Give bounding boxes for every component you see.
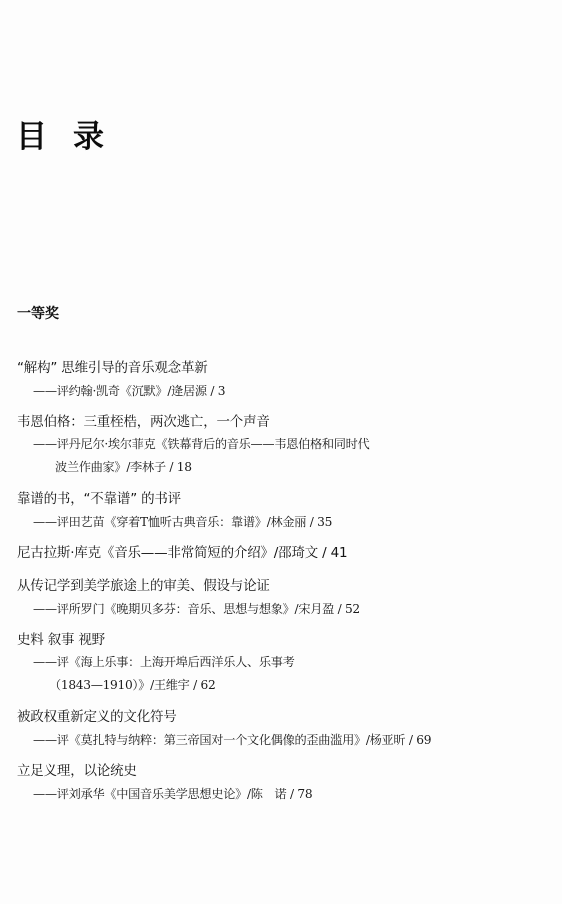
entry-title[interactable]: 从传记学到美学旅途上的审美、假设与论证	[17, 577, 557, 595]
toc-entry[interactable]: 立足义理，以论统史 ——评刘承华《中国音乐美学思想史论》/陈 诺 / 78	[17, 762, 557, 803]
entry-subtitle: ——评丹尼尔·埃尔菲克《铁幕背后的音乐——韦恩伯格和同时代	[17, 435, 557, 453]
toc-entry[interactable]: 尼古拉斯·库克《音乐——非常简短的介绍》/邵琦文 / 41	[17, 544, 557, 562]
entry-title[interactable]: 韦恩伯格：三重桎梏，两次逃亡，一个声音	[17, 413, 557, 431]
entry-title[interactable]: 尼古拉斯·库克《音乐——非常简短的介绍》/邵琦文 / 41	[17, 544, 557, 562]
entry-title[interactable]: 立足义理，以论统史	[17, 762, 557, 780]
entry-subtitle: ——评所罗门《晚期贝多芬：音乐、思想与想象》/宋月盈 / 52	[17, 600, 557, 618]
toc-entry[interactable]: 韦恩伯格：三重桎梏，两次逃亡，一个声音 ——评丹尼尔·埃尔菲克《铁幕背后的音乐—…	[17, 413, 557, 476]
entry-title[interactable]: “解构” 思维引导的音乐观念革新	[17, 359, 557, 377]
section-heading-first-prize: 一等奖	[17, 305, 59, 323]
entry-title[interactable]: 被政权重新定义的文化符号	[17, 708, 557, 726]
title-char-1: 目	[16, 117, 47, 157]
title-char-2: 录	[73, 117, 104, 157]
entry-subtitle: ——评田艺苗《穿着T恤听古典音乐：靠谱》/林金丽 / 35	[17, 513, 557, 531]
toc-entry[interactable]: 靠谱的书，“不靠谱” 的书评 ——评田艺苗《穿着T恤听古典音乐：靠谱》/林金丽 …	[17, 490, 557, 531]
entry-subtitle-continued: 波兰作曲家》/李林子 / 18	[17, 458, 557, 476]
entry-title[interactable]: 靠谱的书，“不靠谱” 的书评	[17, 490, 557, 508]
toc-entry[interactable]: “解构” 思维引导的音乐观念革新 ——评约翰·凯奇《沉默》/逄居源 / 3	[17, 359, 557, 400]
entry-subtitle: ——评刘承华《中国音乐美学思想史论》/陈 诺 / 78	[17, 785, 557, 803]
entry-subtitle: ——评《莫扎特与纳粹：第三帝国对一个文化偶像的歪曲滥用》/杨亚昕 / 69	[17, 731, 557, 749]
toc-entry[interactable]: 史料 叙事 视野 ——评《海上乐事：上海开埠后西洋乐人、乐事考 （1843—19…	[17, 631, 557, 694]
entry-subtitle: ——评《海上乐事：上海开埠后西洋乐人、乐事考	[17, 653, 557, 671]
entry-title[interactable]: 史料 叙事 视野	[17, 631, 557, 649]
toc-entry[interactable]: 从传记学到美学旅途上的审美、假设与论证 ——评所罗门《晚期贝多芬：音乐、思想与想…	[17, 577, 557, 618]
entry-subtitle: ——评约翰·凯奇《沉默》/逄居源 / 3	[17, 382, 557, 400]
entry-subtitle-continued: （1843—1910）》/王维宇 / 62	[17, 676, 557, 694]
toc-entry[interactable]: 被政权重新定义的文化符号 ——评《莫扎特与纳粹：第三帝国对一个文化偶像的歪曲滥用…	[17, 708, 557, 749]
page-title: 目录	[16, 117, 104, 157]
